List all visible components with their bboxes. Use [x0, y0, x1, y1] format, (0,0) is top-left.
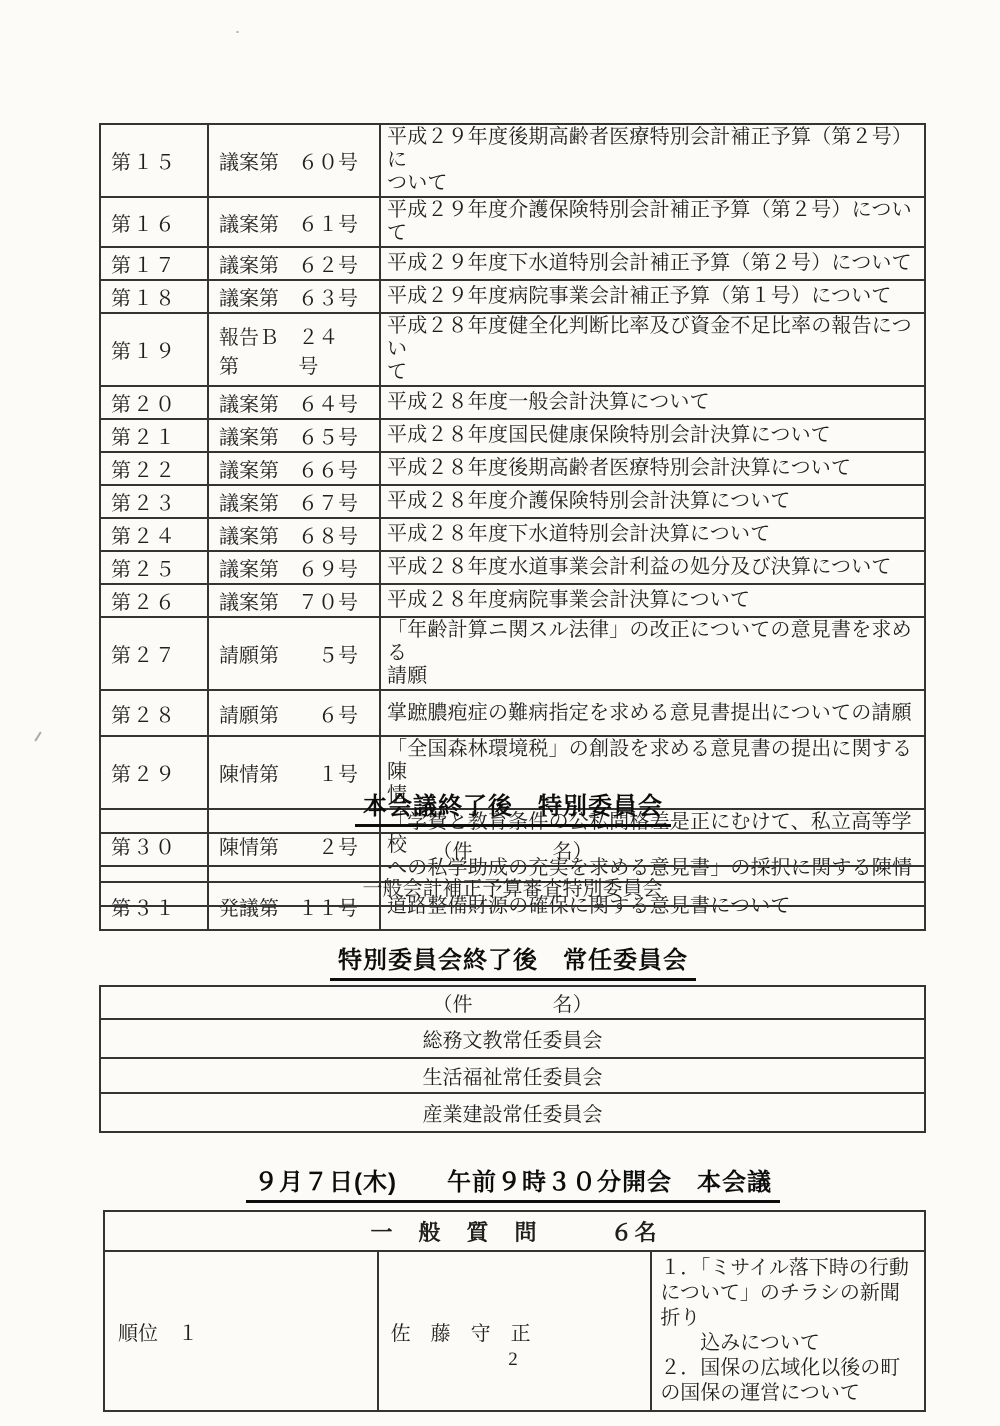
- heading-underlined-text: 本会議終了後 特別委員会: [355, 786, 671, 827]
- doc-type: 請願第: [219, 639, 279, 668]
- doc-number: ７０号: [298, 586, 358, 615]
- committee-name: 総務文教常任委員会: [100, 1019, 925, 1058]
- agenda-doc-cell: 議案第６２号: [208, 247, 380, 280]
- agenda-doc-cell: 議案第６７号: [208, 485, 380, 518]
- agenda-doc-cell: 議案第６６号: [208, 452, 380, 485]
- agenda-doc-cell: 報告Ｂ第２４号: [208, 313, 380, 386]
- agenda-title: 平成２８年度病院事業会計決算について: [380, 584, 925, 617]
- section-heading-session: ９月７日(木) 午前９時３０分開会 本会議: [0, 1162, 1000, 1203]
- doc-type: 議案第: [219, 282, 279, 311]
- agenda-row: 第１９ 報告Ｂ第２４号 平成２８年度健全化判断比率及び資金不足比率の報告につい …: [100, 313, 925, 386]
- agenda-item-no: 第２５: [100, 551, 208, 584]
- agenda-row: 第２４ 議案第６８号 平成２８年度下水道特別会計決算について: [100, 518, 925, 551]
- scan-speck: [236, 31, 239, 33]
- doc-type: 議案第: [219, 487, 279, 516]
- scan-speck: [34, 731, 42, 741]
- doc-type: 議案第: [219, 208, 279, 237]
- agenda-row: 第１７ 議案第６２号 平成２９年度下水道特別会計補正予算（第２号）について: [100, 247, 925, 280]
- agenda-doc-cell: 議案第７０号: [208, 584, 380, 617]
- agenda-item-no: 第２６: [100, 584, 208, 617]
- section-heading-special-committee: 本会議終了後 特別委員会: [0, 786, 1000, 827]
- heading-underlined-text: ９月７日(木) 午前９時３０分開会 本会議: [246, 1162, 780, 1203]
- agenda-title: 平成２９年度病院事業会計補正予算（第１号）について: [380, 280, 925, 313]
- agenda-row: 第１６ 議案第６１号 平成２９年度介護保険特別会計補正予算（第２号）について: [100, 197, 925, 247]
- question-topics: １．「ミサイル落下時の行動について」のチラシの新聞折り 込みについて ２．国保の…: [651, 1251, 925, 1411]
- agenda-title: 平成２８年度水道事業会計利益の処分及び決算について: [380, 551, 925, 584]
- committee-name: 生活福祉常任委員会: [100, 1058, 925, 1093]
- agenda-doc-cell: 議案第６３号: [208, 280, 380, 313]
- doc-number: ６７号: [298, 487, 358, 516]
- agenda-item-no: 第２８: [100, 690, 208, 736]
- agenda-doc-cell: 請願第６号: [208, 690, 380, 736]
- page-number: 2: [0, 1349, 1000, 1371]
- doc-number: ６０号: [298, 146, 358, 175]
- speaker-name: 佐 藤 守 正: [378, 1251, 652, 1411]
- doc-type: 議案第: [219, 146, 279, 175]
- committee-row: 総務文教常任委員会: [100, 1019, 925, 1058]
- agenda-title: 平成２８年度健全化判断比率及び資金不足比率の報告につい て: [380, 313, 925, 386]
- agenda-row: 第２５ 議案第６９号 平成２８年度水道事業会計利益の処分及び決算について: [100, 551, 925, 584]
- agenda-row: 第１８ 議案第６３号 平成２９年度病院事業会計補正予算（第１号）について: [100, 280, 925, 313]
- doc-number: ２４号: [298, 321, 358, 379]
- agenda-title: 平成２９年度介護保険特別会計補正予算（第２号）について: [380, 197, 925, 247]
- agenda-row: 第２３ 議案第６７号 平成２８年度介護保険特別会計決算について: [100, 485, 925, 518]
- table-header-row: （件 名）: [100, 986, 925, 1019]
- doc-number: ６５号: [298, 421, 358, 450]
- scanned-page: 第１５ 議案第６０号 平成２９年度後期高齢者医療特別会計補正予算（第２号）に つ…: [0, 0, 1000, 1426]
- doc-type: 議案第: [219, 454, 279, 483]
- agenda-item-no: 第１６: [100, 197, 208, 247]
- agenda-row: 第１５ 議案第６０号 平成２９年度後期高齢者医療特別会計補正予算（第２号）に つ…: [100, 124, 925, 197]
- committee-row: 産業建設常任委員会: [100, 1093, 925, 1132]
- agenda-item-no: 第２１: [100, 419, 208, 452]
- doc-type: 議案第: [219, 249, 279, 278]
- agenda-row: 第２１ 議案第６５号 平成２８年度国民健康保険特別会計決算について: [100, 419, 925, 452]
- question-row: 順位 １ 佐 藤 守 正 １．「ミサイル落下時の行動について」のチラシの新聞折り…: [104, 1251, 925, 1411]
- agenda-title: 平成２８年度後期高齢者医療特別会計決算について: [380, 452, 925, 485]
- agenda-item-no: 第１８: [100, 280, 208, 313]
- doc-number: ６３号: [298, 282, 358, 311]
- agenda-title: 平成２９年度後期高齢者医療特別会計補正予算（第２号）に ついて: [380, 124, 925, 197]
- kenmei-column-header: （件 名）: [100, 833, 925, 866]
- kenmei-column-header: （件 名）: [100, 986, 925, 1019]
- doc-number: ６２号: [298, 249, 358, 278]
- committee-name: 一般会計補正予算審査特別委員会: [100, 866, 925, 906]
- doc-number: ５号: [318, 639, 358, 668]
- doc-type: 報告Ｂ第: [219, 321, 298, 379]
- agenda-title: 平成２８年度下水道特別会計決算について: [380, 518, 925, 551]
- general-questions-header: 一 般 質 問 ６名: [104, 1211, 925, 1251]
- general-questions-header-row: 一 般 質 問 ６名: [104, 1211, 925, 1251]
- doc-type: 議案第: [219, 553, 279, 582]
- doc-number: ６９号: [298, 553, 358, 582]
- agenda-item-no: 第２４: [100, 518, 208, 551]
- agenda-doc-cell: 議案第６１号: [208, 197, 380, 247]
- agenda-item-no: 第２３: [100, 485, 208, 518]
- agenda-doc-cell: 議案第６５号: [208, 419, 380, 452]
- agenda-row: 第２０ 議案第６４号 平成２８年度一般会計決算について: [100, 386, 925, 419]
- committee-row: 生活福祉常任委員会: [100, 1058, 925, 1093]
- general-questions-table: 一 般 質 問 ６名 順位 １ 佐 藤 守 正 １．「ミサイル落下時の行動につい…: [103, 1210, 926, 1412]
- agenda-doc-cell: 議案第６８号: [208, 518, 380, 551]
- doc-type: 議案第: [219, 421, 279, 450]
- standing-committee-table: （件 名） 総務文教常任委員会 生活福祉常任委員会 産業建設常任委員会: [99, 985, 926, 1133]
- agenda-title: 平成２９年度下水道特別会計補正予算（第２号）について: [380, 247, 925, 280]
- section-heading-standing-committee: 特別委員会終了後 常任委員会: [0, 940, 1000, 981]
- heading-underlined-text: 特別委員会終了後 常任委員会: [330, 940, 696, 981]
- doc-type: 議案第: [219, 586, 279, 615]
- agenda-title: 平成２８年度国民健康保険特別会計決算について: [380, 419, 925, 452]
- doc-type: 議案第: [219, 388, 279, 417]
- special-committee-table: （件 名） 一般会計補正予算審査特別委員会: [99, 832, 926, 907]
- committee-name: 産業建設常任委員会: [100, 1093, 925, 1132]
- agenda-item-no: 第１５: [100, 124, 208, 197]
- agenda-doc-cell: 請願第５号: [208, 617, 380, 690]
- doc-number: ６８号: [298, 520, 358, 549]
- agenda-row: 第２６ 議案第７０号 平成２８年度病院事業会計決算について: [100, 584, 925, 617]
- agenda-row: 第２２ 議案第６６号 平成２８年度後期高齢者医療特別会計決算について: [100, 452, 925, 485]
- agenda-title: 平成２８年度介護保険特別会計決算について: [380, 485, 925, 518]
- agenda-doc-cell: 議案第６０号: [208, 124, 380, 197]
- doc-number: ６１号: [298, 208, 358, 237]
- committee-row: 一般会計補正予算審査特別委員会: [100, 866, 925, 906]
- doc-type: 陳情第: [219, 758, 279, 787]
- agenda-title: 掌蹠膿疱症の難病指定を求める意見書提出についての請願: [380, 690, 925, 736]
- agenda-item-no: 第１９: [100, 313, 208, 386]
- agenda-title: 「年齢計算ニ関スル法律」の改正についての意見書を求める 請願: [380, 617, 925, 690]
- agenda-item-no: 第２２: [100, 452, 208, 485]
- table-header-row: （件 名）: [100, 833, 925, 866]
- agenda-item-no: 第２０: [100, 386, 208, 419]
- doc-number: ６号: [318, 699, 358, 728]
- doc-number: ６４号: [298, 388, 358, 417]
- agenda-row: 第２８ 請願第６号 掌蹠膿疱症の難病指定を求める意見書提出についての請願: [100, 690, 925, 736]
- agenda-row: 第２７ 請願第５号 「年齢計算ニ関スル法律」の改正についての意見書を求める 請願: [100, 617, 925, 690]
- rank-cell: 順位 １: [104, 1251, 378, 1411]
- agenda-item-no: 第２７: [100, 617, 208, 690]
- doc-type: 議案第: [219, 520, 279, 549]
- agenda-title: 平成２８年度一般会計決算について: [380, 386, 925, 419]
- doc-type: 請願第: [219, 699, 279, 728]
- doc-number: １号: [318, 758, 358, 787]
- agenda-doc-cell: 議案第６９号: [208, 551, 380, 584]
- agenda-doc-cell: 議案第６４号: [208, 386, 380, 419]
- doc-number: ６６号: [298, 454, 358, 483]
- agenda-item-no: 第１７: [100, 247, 208, 280]
